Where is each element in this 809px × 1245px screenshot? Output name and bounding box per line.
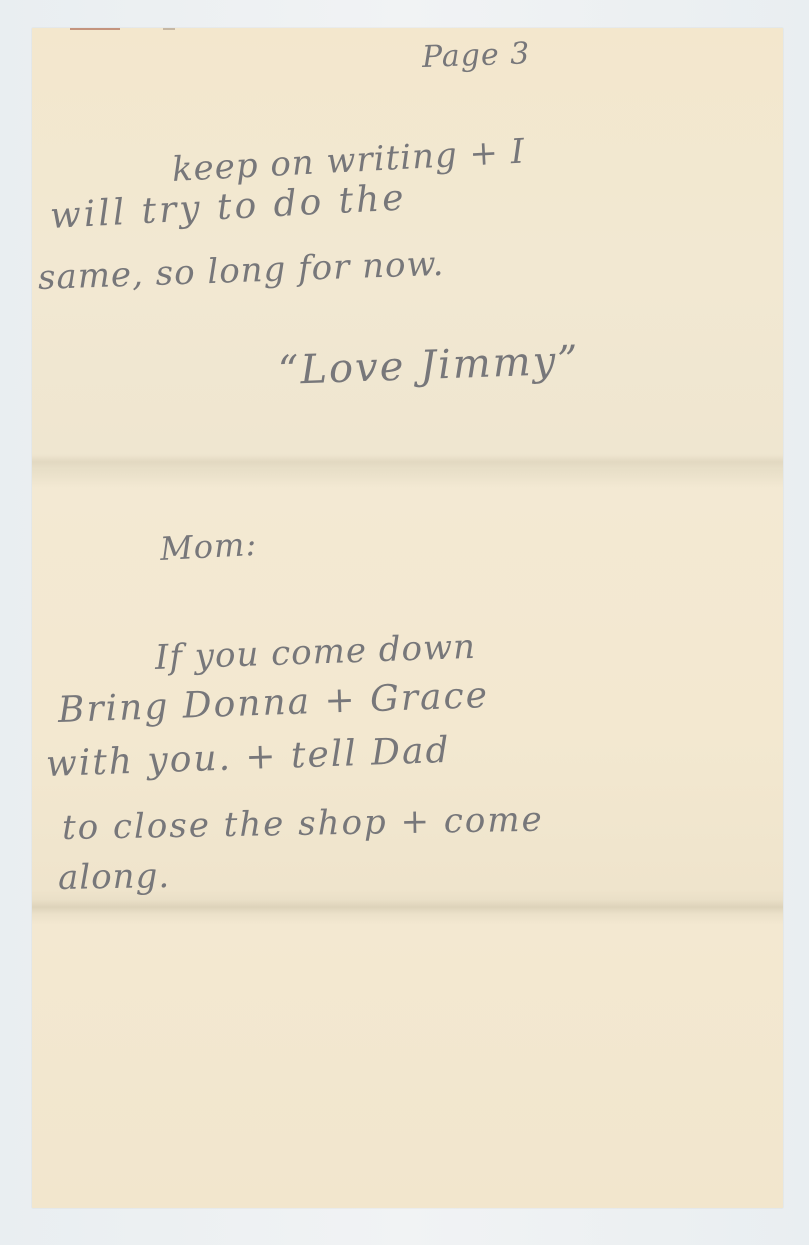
top-edge-mark	[70, 28, 120, 30]
page-number: Page 3	[421, 36, 530, 75]
fold-crease	[32, 900, 783, 914]
postscript-line: to close the shop + come	[62, 800, 544, 848]
top-edge-mark	[163, 28, 175, 30]
postscript-salutation: Mom:	[159, 525, 258, 568]
postscript-line: along.	[58, 856, 171, 898]
fold-crease	[32, 455, 783, 469]
